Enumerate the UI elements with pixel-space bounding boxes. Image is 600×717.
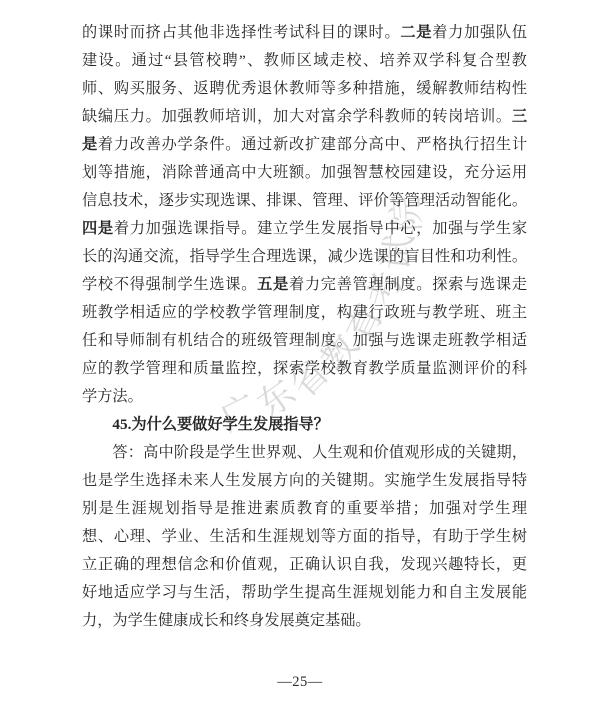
text-segment: 四是 <box>82 220 114 237</box>
text-line: 好地适应学习与生活，帮助学生提高生涯规划能力和自主发展能 <box>82 579 527 607</box>
text-segment: 着力加强选课指导。建立学生发展指导中心，加强与学生家 <box>114 220 527 237</box>
text-segment: 划等措施，消除普通高中大班额。加强智慧校园建设，充分运用 <box>82 164 527 181</box>
text-segment: 五是 <box>257 276 289 293</box>
text-segment: 着力加强队伍 <box>432 24 527 41</box>
text-segment: 是 <box>82 136 98 153</box>
text-segment: 信息技术，逐步实现选课、排课、管理、评价等管理活动智能化。 <box>82 192 527 209</box>
text-line: 任和导师制有机结合的班级管理制度。加强与选课走班教学相适 <box>82 327 527 355</box>
text-line: 是着力改善办学条件。通过新改扩建部分高中、严格执行招生计 <box>82 131 527 159</box>
text-segment: 建设。通过“县管校聘”、教师区域走校、培养双学科复合型教 <box>82 52 527 69</box>
text-line: 学方法。 <box>82 383 527 411</box>
text-segment: 应的教学管理和质量监控，探索学校教育教学质量监测评价的科 <box>82 360 527 377</box>
document-page: 广东省教育考试院 的课时而挤占其他非选择性考试科目的课时。二是着力加强队伍建设。… <box>0 0 600 717</box>
text-segment: 着力完善管理制度。探索与选课走 <box>289 276 527 293</box>
text-line: 四是着力加强选课指导。建立学生发展指导中心，加强与学生家 <box>82 215 527 243</box>
question-heading: 45.为什么要做好学生发展指导？ <box>82 411 527 439</box>
text-line: 信息技术，逐步实现选课、排课、管理、评价等管理活动智能化。 <box>82 187 527 215</box>
text-line: 缺编压力。加强教师培训，加大对富余学科教师的转岗培训。三 <box>82 103 527 131</box>
text-line: 建设。通过“县管校聘”、教师区域走校、培养双学科复合型教 <box>82 47 527 75</box>
text-line: 师、购买服务、返聘优秀退休教师等多种措施，缓解教师结构性 <box>82 75 527 103</box>
text-segment: 缺编压力。加强教师培训，加大对富余学科教师的转岗培训。 <box>82 108 512 125</box>
text-segment: 班教学相适应的学校教学管理制度，构建行政班与教学班、班主 <box>82 304 527 321</box>
text-line: 立正确的理想信念和价值观，正确认识自我，发现兴趣特长，更 <box>82 551 527 579</box>
text-segment: 45.为什么要做好学生发展指导？ <box>112 416 328 433</box>
text-segment: 三 <box>512 108 527 125</box>
text-line: 别是生涯规划指导是推进素质教育的重要举措；加强对学生理 <box>82 495 527 523</box>
text-segment: 立正确的理想信念和价值观，正确认识自我，发现兴趣特长，更 <box>82 556 527 573</box>
text-segment: 着力改善办学条件。通过新改扩建部分高中、严格执行招生计 <box>98 136 527 153</box>
text-line: 力，为学生健康成长和终身发展奠定基础。 <box>82 607 527 635</box>
text-segment: 任和导师制有机结合的班级管理制度。加强与选课走班教学相适 <box>82 332 527 349</box>
text-segment: 师、购买服务、返聘优秀退休教师等多种措施，缓解教师结构性 <box>82 80 527 97</box>
text-line: 长的沟通交流，指导学生合理选课，减少选课的盲目性和功利性。 <box>82 243 527 271</box>
text-segment: 也是学生选择未来人生发展方向的关键期。实施学生发展指导特 <box>82 472 527 489</box>
page-number: —25— <box>0 674 600 691</box>
text-line: 划等措施，消除普通高中大班额。加强智慧校园建设，充分运用 <box>82 159 527 187</box>
text-segment: 学方法。 <box>82 388 143 405</box>
text-segment: 长的沟通交流，指导学生合理选课，减少选课的盲目性和功利性。 <box>82 248 527 265</box>
text-segment: 学校不得强制学生选课。 <box>82 276 257 293</box>
text-line: 学校不得强制学生选课。五是着力完善管理制度。探索与选课走 <box>82 271 527 299</box>
text-segment: 别是生涯规划指导是推进素质教育的重要举措；加强对学生理 <box>82 500 527 517</box>
text-line: 也是学生选择未来人生发展方向的关键期。实施学生发展指导特 <box>82 467 527 495</box>
text-segment: 二是 <box>400 24 432 41</box>
text-line: 的课时而挤占其他非选择性考试科目的课时。二是着力加强队伍 <box>82 19 527 47</box>
text-segment: 答：高中阶段是学生世界观、人生观和价值观形成的关键期， <box>112 444 527 461</box>
text-segment: 的课时而挤占其他非选择性考试科目的课时。 <box>82 24 400 41</box>
text-line: 应的教学管理和质量监控，探索学校教育教学质量监测评价的科 <box>82 355 527 383</box>
text-line: 班教学相适应的学校教学管理制度，构建行政班与教学班、班主 <box>82 299 527 327</box>
document-body: 的课时而挤占其他非选择性考试科目的课时。二是着力加强队伍建设。通过“县管校聘”、… <box>82 19 527 635</box>
text-segment: 想、心理、学业、生活和生涯规划等方面的指导，有助于学生树 <box>82 528 527 545</box>
text-segment: 好地适应学习与生活，帮助学生提高生涯规划能力和自主发展能 <box>82 584 527 601</box>
text-segment: 力，为学生健康成长和终身发展奠定基础。 <box>82 612 371 629</box>
text-line: 答：高中阶段是学生世界观、人生观和价值观形成的关键期， <box>82 439 527 467</box>
text-line: 想、心理、学业、生活和生涯规划等方面的指导，有助于学生树 <box>82 523 527 551</box>
